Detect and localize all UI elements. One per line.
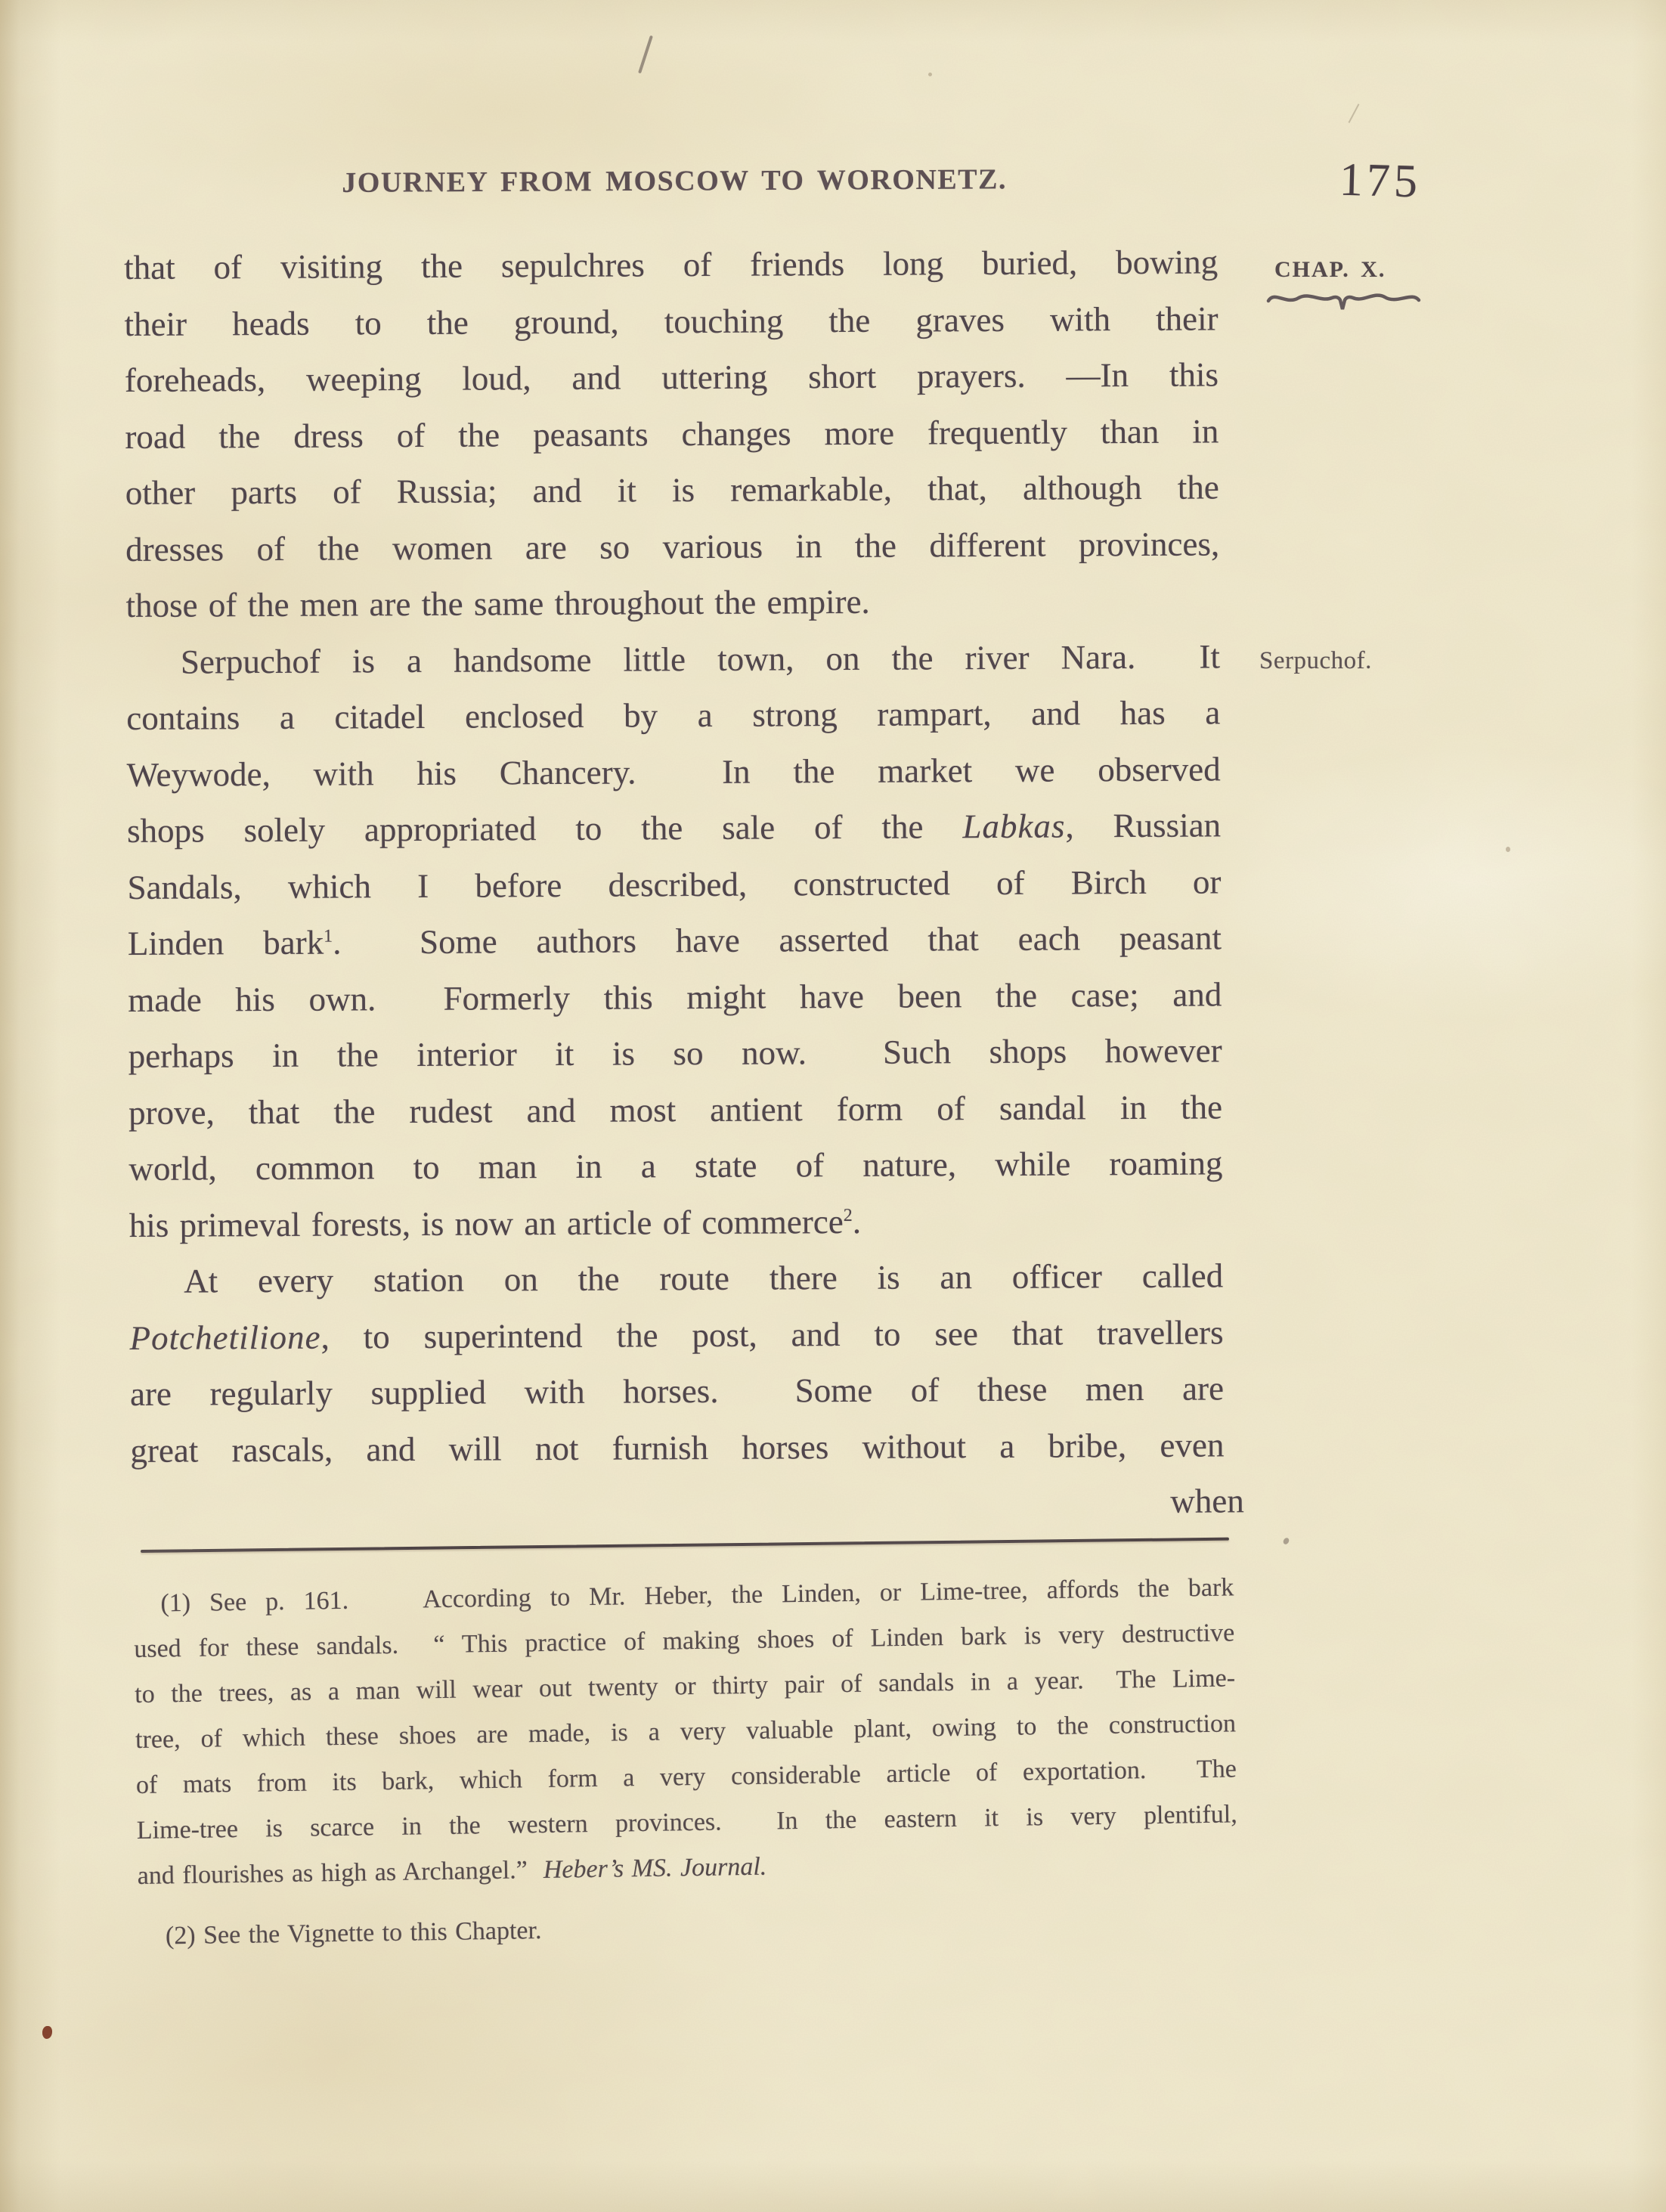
footnote-line: (2) See the Vignette to this Chapter. <box>138 1898 1240 1960</box>
text-line: Weywode, with his Chancery. In the marke… <box>127 741 1221 803</box>
text-line: At every station on the route there is a… <box>129 1247 1223 1309</box>
paper-fiber <box>1349 104 1360 123</box>
text-line: that of visiting the sepulchres of frien… <box>124 234 1218 296</box>
text-line: their heads to the ground, touching the … <box>124 290 1218 352</box>
chapter-margin-note: CHAP. X. <box>1274 257 1441 283</box>
running-header: JOURNEY FROM MOSCOW TO WORONETZ. <box>330 163 1018 200</box>
text-line: his primeval forests, is now an article … <box>129 1191 1223 1253</box>
book-page: JOURNEY FROM MOSCOW TO WORONETZ. 175 CHA… <box>0 0 1666 2212</box>
text-line: Linden bark1. Some authors have asserted… <box>128 909 1222 971</box>
text-line: shops solely appropriated to the sale of… <box>127 797 1221 859</box>
body-text: that of visiting the sepulchres of frien… <box>124 234 1225 1535</box>
text-line: foreheads, weeping loud, and uttering sh… <box>125 346 1219 408</box>
text-line: dresses of the women are so various in t… <box>125 516 1219 578</box>
text-line: prove, that the rudest and most antient … <box>129 1079 1222 1141</box>
text-line: Potchetilione, to superintend the post, … <box>129 1304 1223 1366</box>
text-line: Sandals, which I before described, const… <box>127 854 1221 915</box>
text-line: those of the men are the same throughout… <box>125 572 1219 634</box>
text-line: contains a citadel enclosed by a strong … <box>126 684 1220 746</box>
text-line: other parts of Russia; and it is remarka… <box>125 459 1219 521</box>
text-line: are regularly supplied with horses. Some… <box>130 1360 1224 1422</box>
page-number: 175 <box>1339 153 1422 209</box>
ink-speck <box>928 73 932 76</box>
ink-speck <box>638 36 653 74</box>
brace-ornament <box>1264 284 1424 321</box>
footnotes: (1) See p. 161. According to Mr. Heber, … <box>133 1565 1239 1960</box>
text-line: Serpuchof is a handsome little town, on … <box>126 628 1220 690</box>
footnote-rule <box>141 1538 1229 1553</box>
place-margin-note: Serpuchof. <box>1259 647 1372 675</box>
text-line: road the dress of the peasants changes m… <box>125 403 1219 465</box>
chapter-label: CHAP. X. <box>1274 257 1386 282</box>
text-line: made his own. Formerly this might have b… <box>128 966 1222 1028</box>
ink-speck <box>42 2026 52 2039</box>
catchword: when <box>131 1473 1244 1535</box>
text-line: world, common to man in a state of natur… <box>129 1135 1222 1197</box>
ink-speck <box>1282 1537 1290 1545</box>
text-line: perhaps in the interior it is so now. Su… <box>128 1022 1222 1084</box>
text-line: great rascals, and will not furnish hors… <box>130 1417 1224 1479</box>
ink-speck <box>1506 847 1510 852</box>
